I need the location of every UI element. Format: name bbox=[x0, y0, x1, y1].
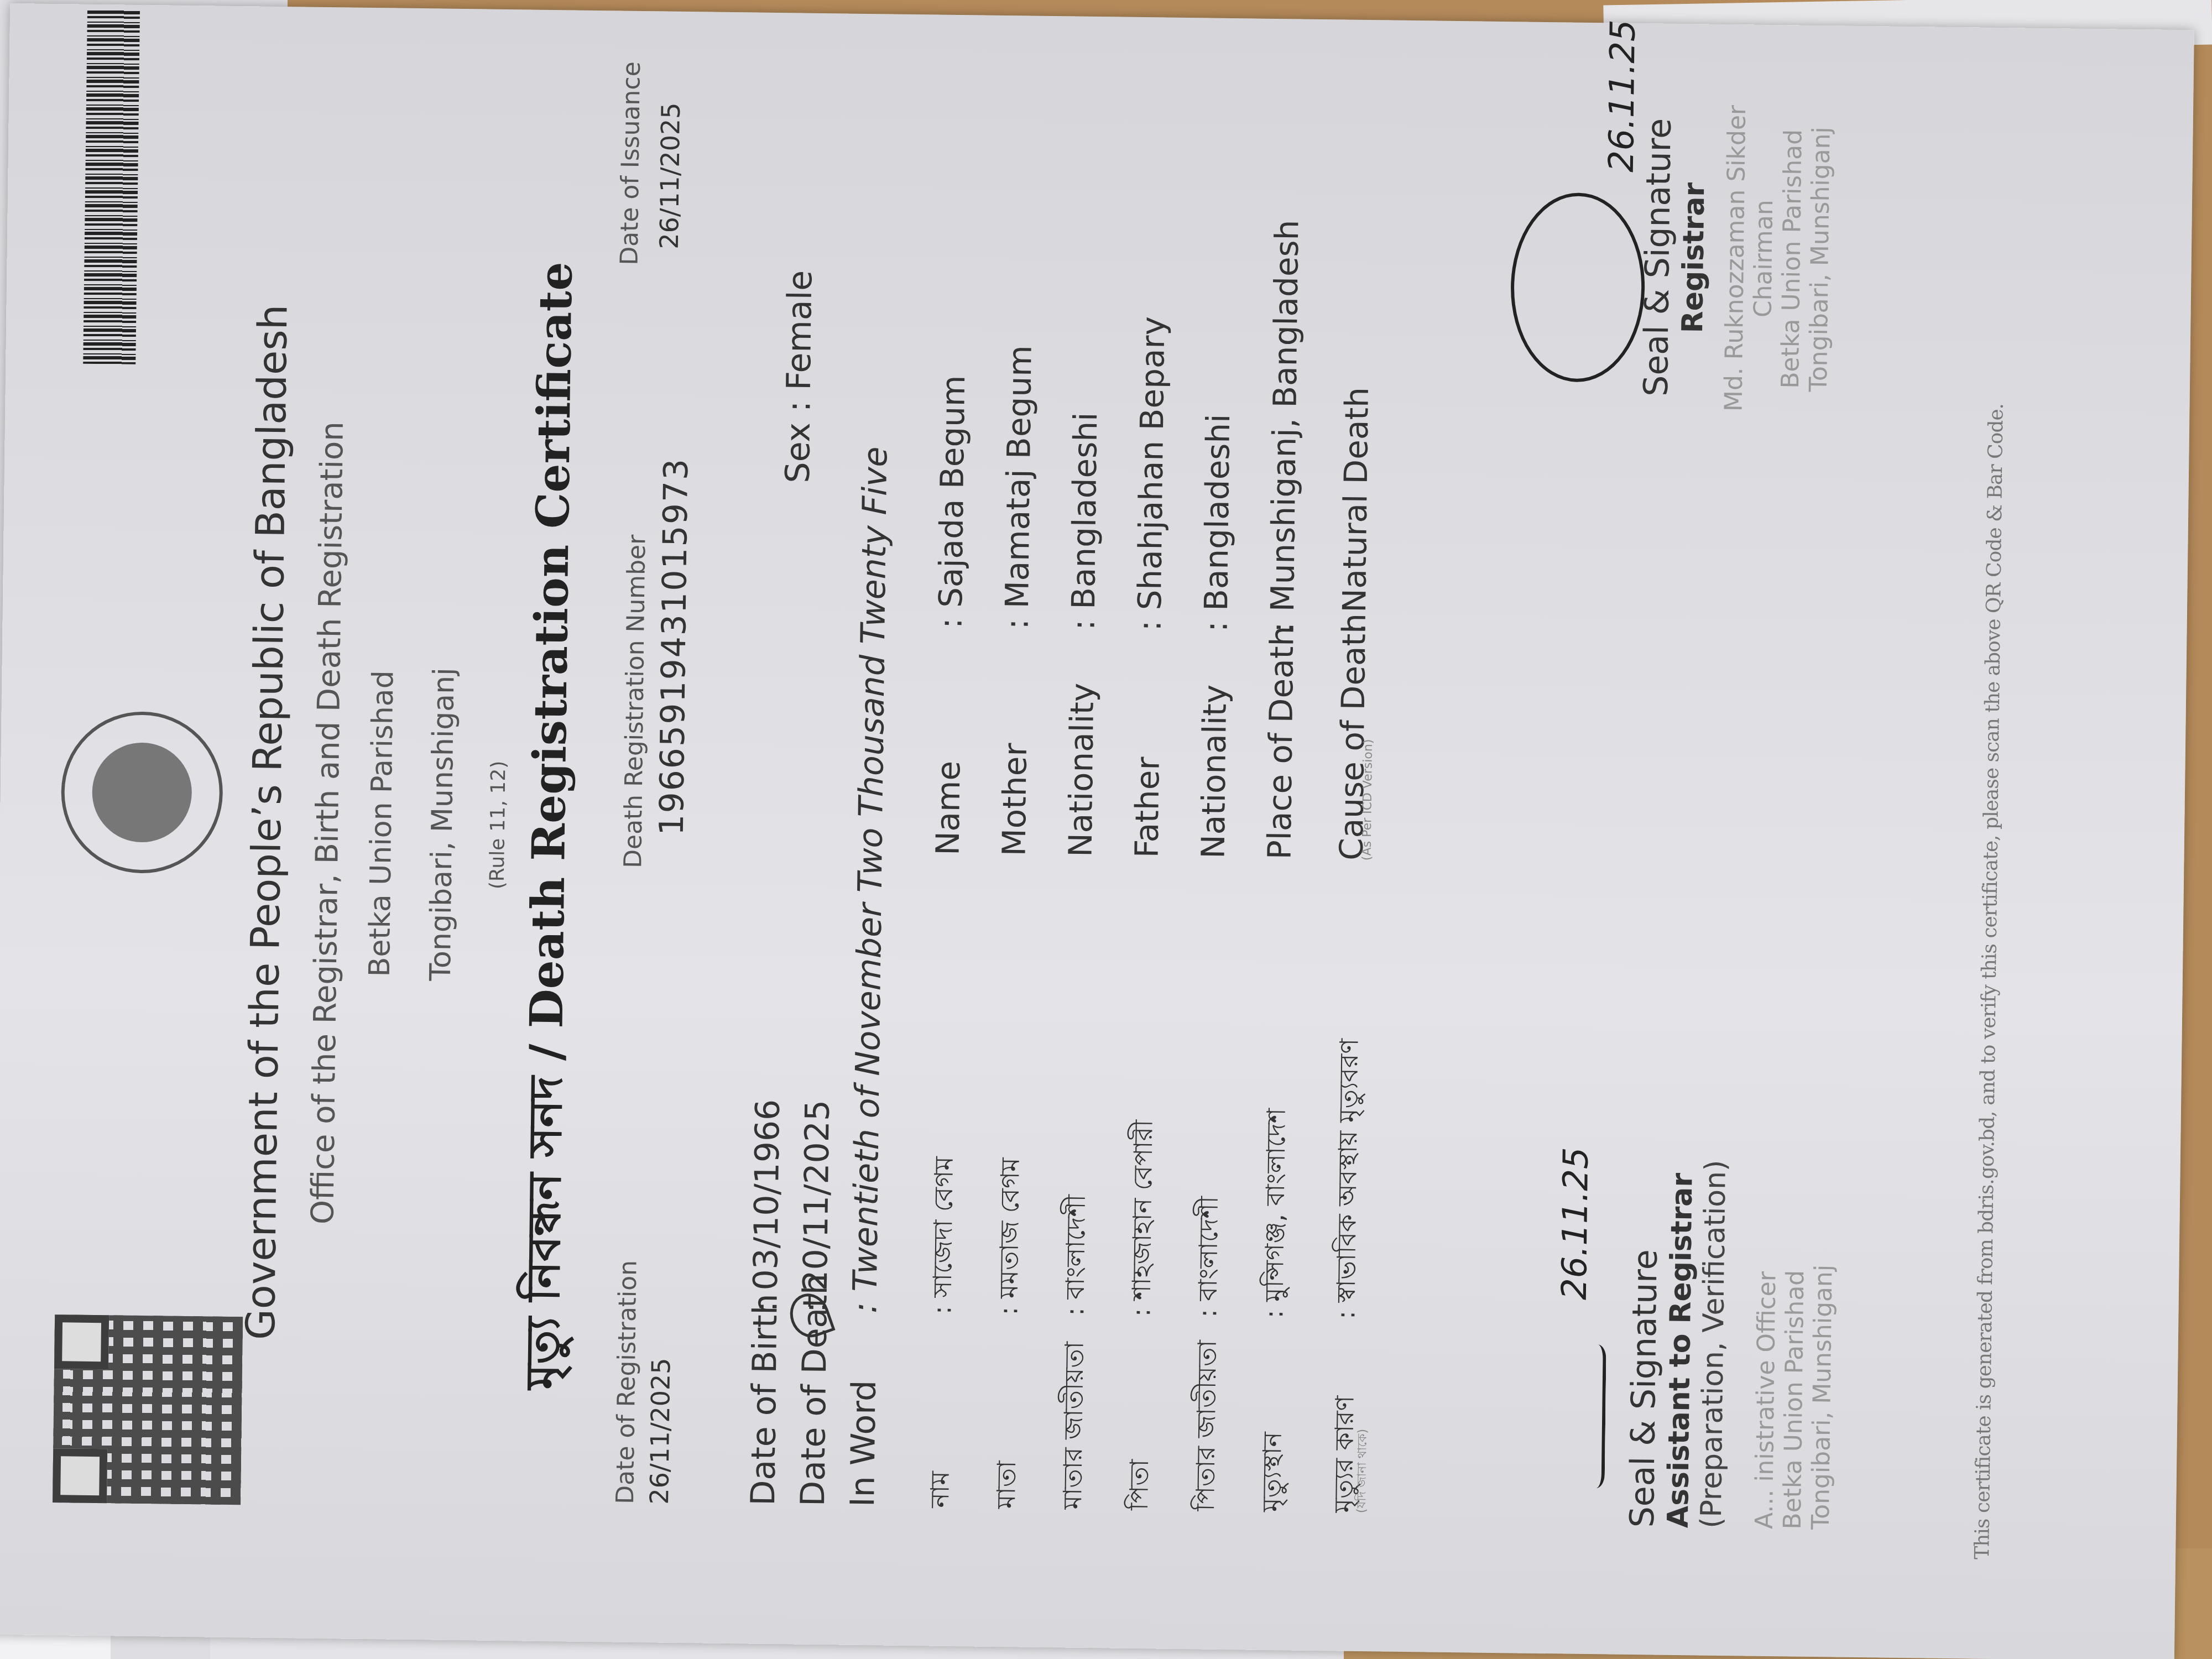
dod-value: : 20/11/2025 bbox=[796, 1099, 837, 1313]
issuance-date: 26/11/2025 bbox=[654, 102, 686, 249]
field-en-value: : Natural Death bbox=[1335, 387, 1375, 634]
in-word-value: : Twentieth of November Two Thousand Twe… bbox=[846, 446, 895, 1313]
registration-date-label: Date of Registration bbox=[611, 1260, 642, 1504]
field-bn-label: মাতা bbox=[987, 1460, 1030, 1509]
registrar-signature-block: Seal & Signature Registrar Md. Ruknozzam… bbox=[1636, 104, 1836, 413]
assistant-faded-3: Tongibari, Munshiganj bbox=[1807, 1161, 1839, 1530]
assistant-signature-block: Seal & Signature Assistant to Registrar … bbox=[1623, 1159, 1839, 1530]
dob-label: Date of Birth bbox=[744, 1293, 785, 1506]
registrar-handwritten-date: 26.11.25 bbox=[1601, 19, 1643, 173]
registrar-faded-2: Chairman bbox=[1747, 105, 1780, 412]
government-name: Government of the People’s Republic of B… bbox=[233, 6, 300, 1638]
field-en-label: Name bbox=[928, 760, 967, 855]
field-bn-label: পিতা bbox=[1120, 1459, 1162, 1510]
registration-number-label: Death Registration Number bbox=[619, 534, 651, 868]
field-bn-label: মৃত্যুস্থান bbox=[1253, 1432, 1296, 1512]
issuance-date-label: Date of Issuance bbox=[615, 61, 645, 265]
field-en-value: : Shahjahan Bepary bbox=[1130, 316, 1172, 632]
field-bn-value: : বাংলাদেশী bbox=[1188, 1196, 1232, 1318]
field-en-value: : Sajada Begum bbox=[931, 375, 972, 629]
assistant-seal-label: Seal & Signature bbox=[1623, 1159, 1666, 1528]
death-certificate-page: Government of the People’s Republic of B… bbox=[0, 3, 2194, 1659]
dob-value: : 03/10/1966 bbox=[746, 1099, 787, 1312]
field-en-label: Father bbox=[1128, 757, 1166, 858]
registration-number: 19665919431015973 bbox=[653, 457, 696, 836]
field-bn-value: : শাহজাহান বেপারী bbox=[1122, 1120, 1166, 1317]
union-name: Betka Union Parishad bbox=[355, 8, 408, 1640]
barcode-icon bbox=[83, 10, 140, 364]
registrar-role: Registrar bbox=[1675, 105, 1712, 411]
cause-note-bn: (যদি জানা থাকে) bbox=[1352, 1429, 1374, 1514]
assistant-faded-1: A... inistrative Officer bbox=[1750, 1160, 1783, 1529]
registrar-faded-3: Betka Union Parishad bbox=[1776, 106, 1808, 413]
field-en-label: Mother bbox=[995, 743, 1034, 856]
field-bn-value: : সাজেদা বেগম bbox=[923, 1156, 967, 1314]
field-en-label: Nationality bbox=[1194, 684, 1234, 859]
field-bn-label: পিতার জাতীয়তা bbox=[1186, 1340, 1230, 1511]
registrar-faded-4: Tongibari, Munshiganj bbox=[1804, 106, 1836, 413]
field-en-value: : Bangladeshi bbox=[1197, 414, 1237, 632]
registrar-signature bbox=[1510, 192, 1646, 383]
office-name: Office of the Registrar, Birth and Death… bbox=[300, 7, 356, 1639]
assistant-signature bbox=[1519, 1344, 1606, 1489]
verification-footer: This certificate is generated from bdris… bbox=[1971, 122, 2011, 1559]
assistant-role: Assistant to Registrar bbox=[1662, 1160, 1699, 1528]
cause-note-en: (As Per ICD Version) bbox=[1360, 739, 1375, 861]
assistant-handwritten-date: 26.11.25 bbox=[1554, 1147, 1596, 1300]
field-en-value: : Munshiganj, Bangladesh bbox=[1263, 220, 1306, 633]
location: Tongibari, Munshiganj bbox=[416, 8, 469, 1640]
field-en-label: Nationality bbox=[1061, 682, 1101, 857]
field-bn-value: : মমতাজ বেগম bbox=[989, 1157, 1033, 1316]
assistant-sub: (Preparation, Verification) bbox=[1695, 1160, 1733, 1528]
field-en-value: : Mamataj Begum bbox=[998, 345, 1039, 630]
field-bn-value: : মুন্সিগঞ্জ, বাংলাদেশ bbox=[1255, 1108, 1300, 1319]
field-en-value: : Bangladeshi bbox=[1064, 412, 1104, 630]
sex-value: Sex : Female bbox=[779, 270, 820, 483]
field-bn-label: মাতার জাতীয়তা bbox=[1053, 1341, 1098, 1510]
assistant-faded-2: Betka Union Parishad bbox=[1778, 1161, 1811, 1530]
qr-code-icon bbox=[53, 1314, 243, 1505]
field-en-label: Place of Death bbox=[1260, 625, 1301, 859]
in-word-label: In Word bbox=[843, 1380, 884, 1507]
field-bn-value: : স্বাভাবিক অবস্থায় মৃত্যুবরণ bbox=[1327, 1039, 1372, 1320]
government-seal-icon bbox=[60, 711, 224, 874]
registrar-seal-label: Seal & Signature bbox=[1636, 104, 1679, 411]
field-bn-label: নাম bbox=[921, 1471, 963, 1508]
certificate-title: মৃত্যু নিবন্ধন সনদ / Death Registration … bbox=[504, 9, 600, 1641]
registrar-faded-1: Md. Ruknozzaman Sikder bbox=[1719, 105, 1751, 412]
field-bn-value: : বাংলাদেশী bbox=[1056, 1194, 1099, 1316]
registration-date: 26/11/2025 bbox=[644, 1358, 676, 1505]
